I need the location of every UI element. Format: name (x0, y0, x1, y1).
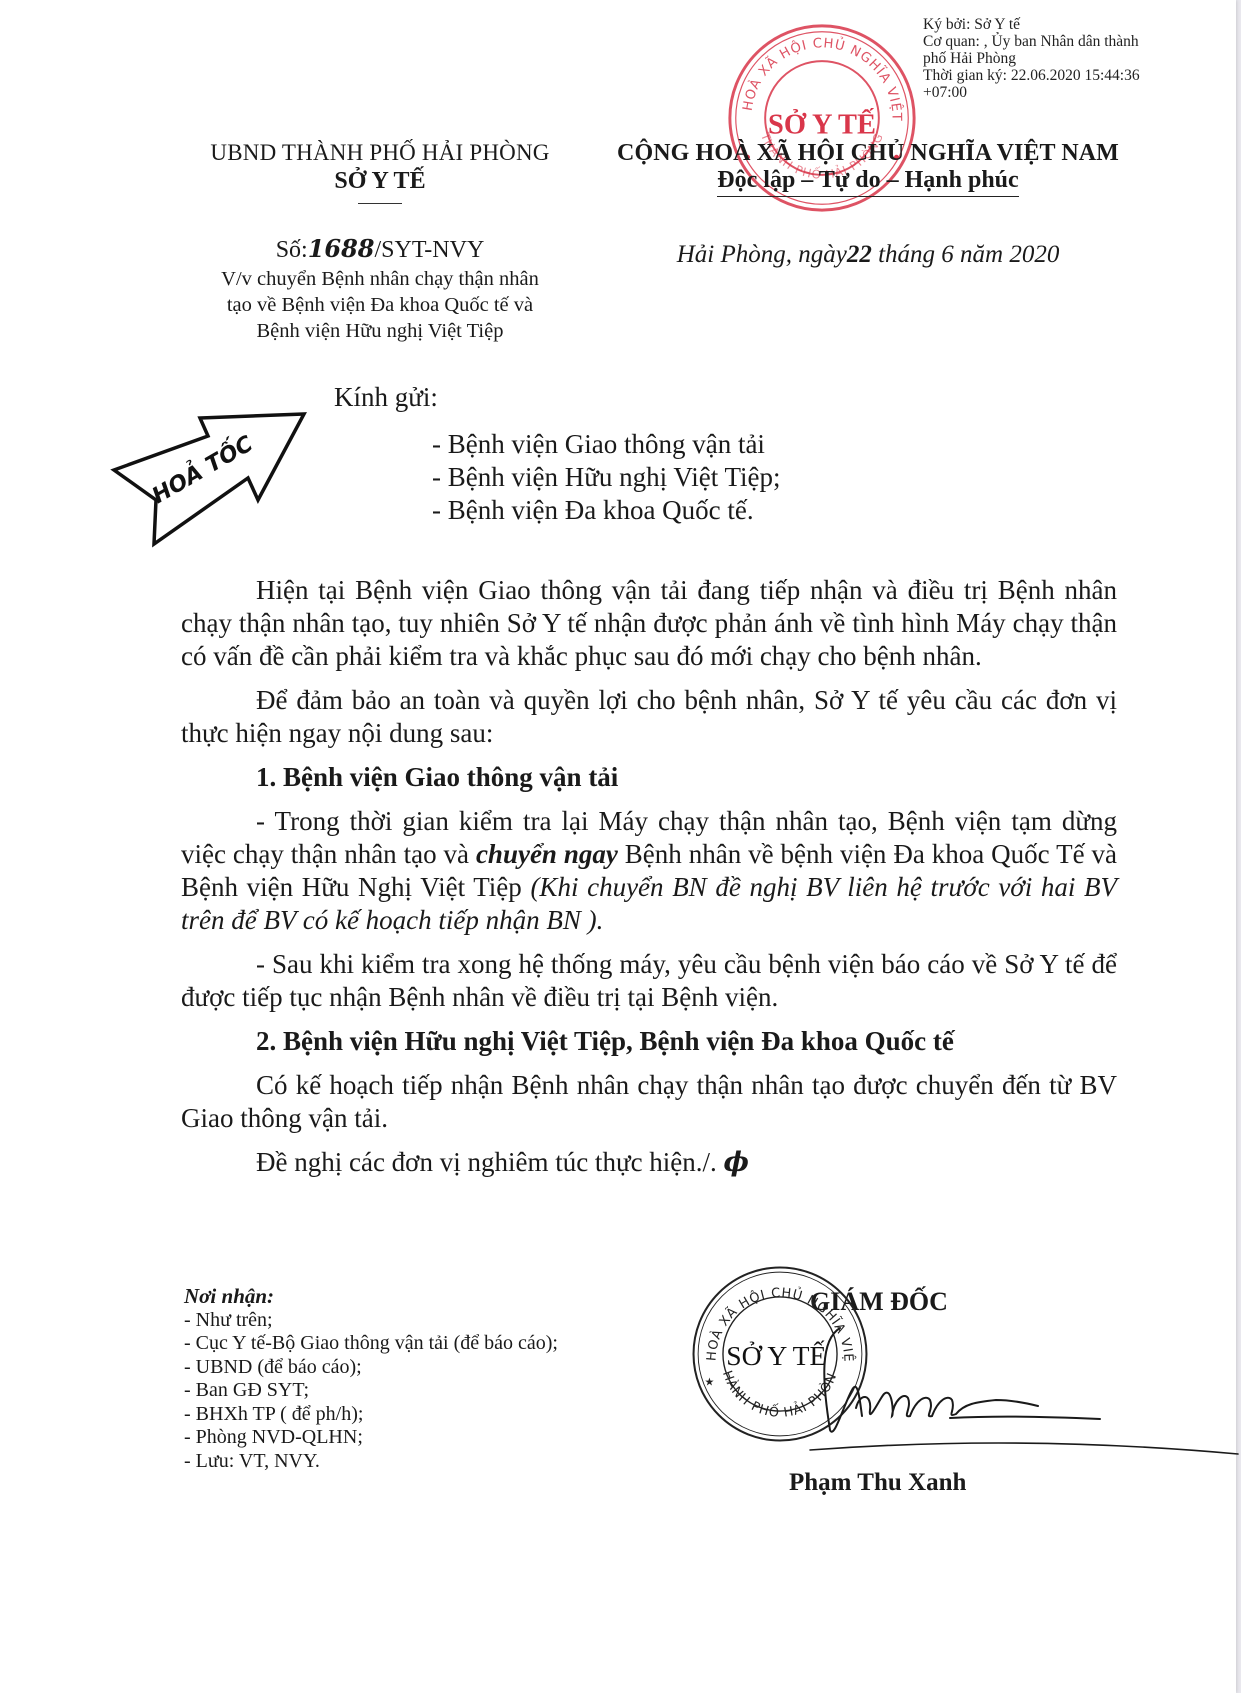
closing-line: Đề nghị các đơn vị nghiêm túc thực hiện.… (181, 1146, 1117, 1179)
document-subject: V/v chuyển Bệnh nhân chạy thận nhân tạo … (170, 266, 590, 344)
national-header: CỘNG HOÀ XÃ HỘI CHỦ NGHĨA VIỆT NAM Độc l… (598, 140, 1138, 269)
distribution-list: Nơi nhận: - Như trên; - Cục Y tế-Bộ Giao… (184, 1285, 558, 1473)
digital-signature-info: Ký bởi: Sở Y tế Cơ quan: , Ủy ban Nhân d… (923, 16, 1223, 101)
distribution-item: - Như trên; (184, 1309, 558, 1333)
distribution-item: - UBND (để báo cáo); (184, 1356, 558, 1380)
country-name: CỘNG HOÀ XÃ HỘI CHỦ NGHĨA VIỆT NAM (598, 140, 1138, 167)
emphasis-transfer-now: chuyển ngay (476, 839, 618, 869)
salutation: Kính gửi: (334, 382, 438, 413)
svg-text:★: ★ (705, 1376, 715, 1388)
paragraph-request: Để đảm bảo an toàn và quyền lợi cho bệnh… (181, 684, 1117, 750)
section-1-item-2: - Sau khi kiểm tra xong hệ thống máy, yê… (181, 948, 1117, 1014)
handwritten-day: 22 (847, 241, 872, 268)
national-motto: Độc lập – Tự do – Hạnh phúc (717, 167, 1018, 197)
signature-line: +07:00 (923, 84, 1223, 101)
document-number: Số:1688/SYT-NVY (170, 234, 590, 264)
initial-mark: ϕ (724, 1147, 749, 1178)
distribution-item: - Cục Y tế-Bộ Giao thông vận tải (để báo… (184, 1332, 558, 1356)
parent-organization: UBND THÀNH PHỐ HẢI PHÒNG (170, 140, 590, 166)
handwritten-number: 1688 (308, 234, 375, 263)
recipient-list: - Bệnh viện Giao thông vận tải - Bệnh vi… (432, 428, 781, 527)
signature-line: Ký bởi: Sở Y tế (923, 16, 1223, 33)
distribution-item: - Ban GĐ SYT; (184, 1379, 558, 1403)
recipient-item: - Bệnh viện Đa khoa Quốc tế. (432, 494, 781, 527)
section-1-item-1: - Trong thời gian kiểm tra lại Máy chạy … (181, 805, 1117, 937)
signer-name: Phạm Thu Xanh (789, 1469, 966, 1497)
department-name: SỞ Y TẾ (170, 168, 590, 195)
divider (358, 203, 402, 204)
issuing-authority-header: UBND THÀNH PHỐ HẢI PHÒNG SỞ Y TẾ Số:1688… (170, 140, 590, 344)
document-date: Hải Phòng, ngày22 tháng 6 năm 2020 (598, 241, 1138, 269)
paragraph-situation: Hiện tại Bệnh viện Giao thông vận tải đa… (181, 574, 1117, 673)
signature-line: phố Hải Phòng (923, 50, 1223, 67)
handwritten-signature-icon (800, 1320, 1240, 1460)
distribution-title: Nơi nhận: (184, 1285, 558, 1309)
recipient-item: - Bệnh viện Giao thông vận tải (432, 428, 781, 461)
svg-text:CỘNG HOÀ XÃ HỘI CHỦ NGHĨA VIỆT: CỘNG HOÀ XÃ HỘI CHỦ NGHĨA VIỆT NAM (724, 20, 906, 122)
document-body: Hiện tại Bệnh viện Giao thông vận tải đa… (181, 574, 1117, 1179)
section-2-text: Có kế hoạch tiếp nhận Bệnh nhân chạy thậ… (181, 1069, 1117, 1135)
signature-line: Thời gian ký: 22.06.2020 15:44:36 (923, 67, 1223, 84)
distribution-item: - BHXh TP ( để ph/h); (184, 1403, 558, 1427)
svg-text:SỞ Y TẾ: SỞ Y TẾ (768, 107, 876, 141)
section-2-heading: 2. Bệnh viện Hữu nghị Việt Tiệp, Bệnh vi… (181, 1025, 1117, 1058)
urgent-arrow-stamp-icon: HOẢ TỐC (108, 388, 308, 548)
section-1-heading: 1. Bệnh viện Giao thông vận tải (181, 761, 1117, 794)
document-page: Ký bởi: Sở Y tế Cơ quan: , Ủy ban Nhân d… (0, 0, 1236, 1693)
distribution-item: - Lưu: VT, NVY. (184, 1450, 558, 1474)
distribution-item: - Phòng NVD-QLHN; (184, 1426, 558, 1450)
signature-line: Cơ quan: , Ủy ban Nhân dân thành (923, 33, 1223, 50)
recipient-item: - Bệnh viện Hữu nghị Việt Tiệp; (432, 461, 781, 494)
